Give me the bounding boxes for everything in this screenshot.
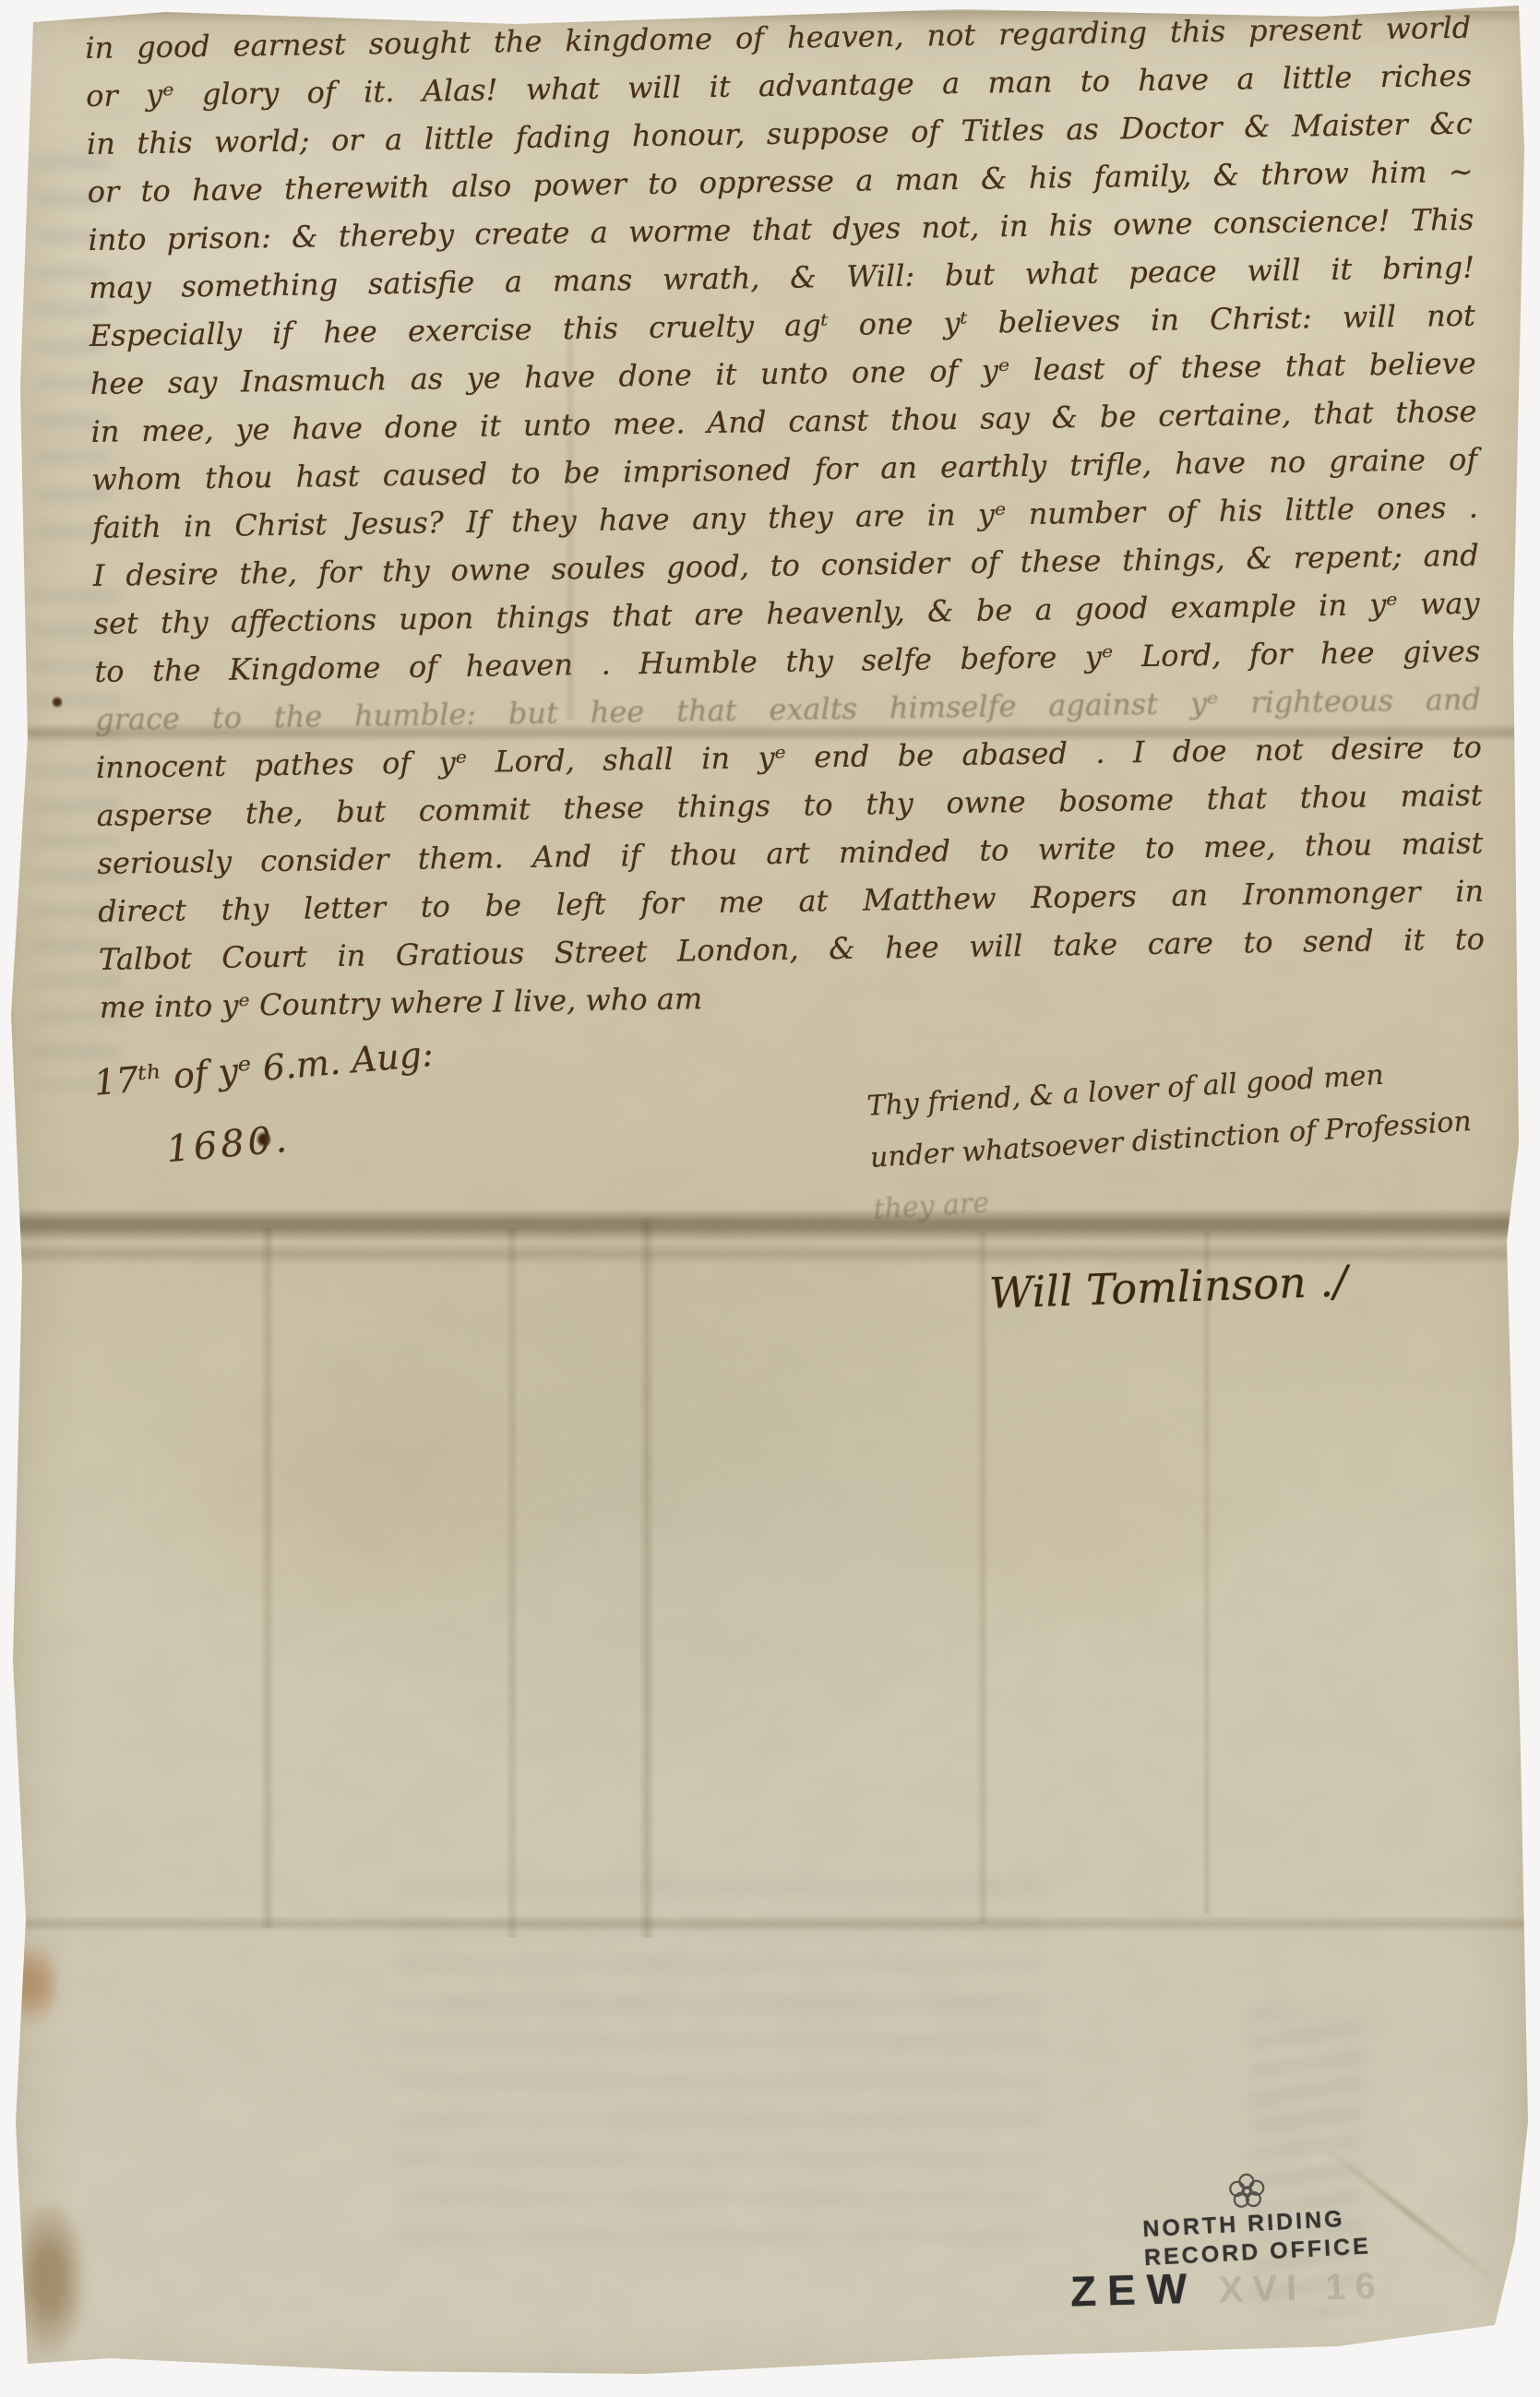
pencil-faint-text: XVI 16 (1218, 2266, 1385, 2311)
record-office-stamp: NORTH RIDING RECORD OFFICE (1140, 2164, 1403, 2273)
paper-sheet: in good earnest sought the kingdome of h… (0, 0, 1540, 2397)
scanned-letter-page: in good earnest sought the kingdome of h… (0, 0, 1540, 2397)
yorkshire-rose-icon (1224, 2170, 1269, 2211)
pencil-reference-code: ZEW (1069, 2264, 1199, 2316)
pencil-reference: ZEW XVI 16 (1069, 2259, 1385, 2317)
letter-body: in good earnest sought the kingdome of h… (85, 4, 1486, 1032)
